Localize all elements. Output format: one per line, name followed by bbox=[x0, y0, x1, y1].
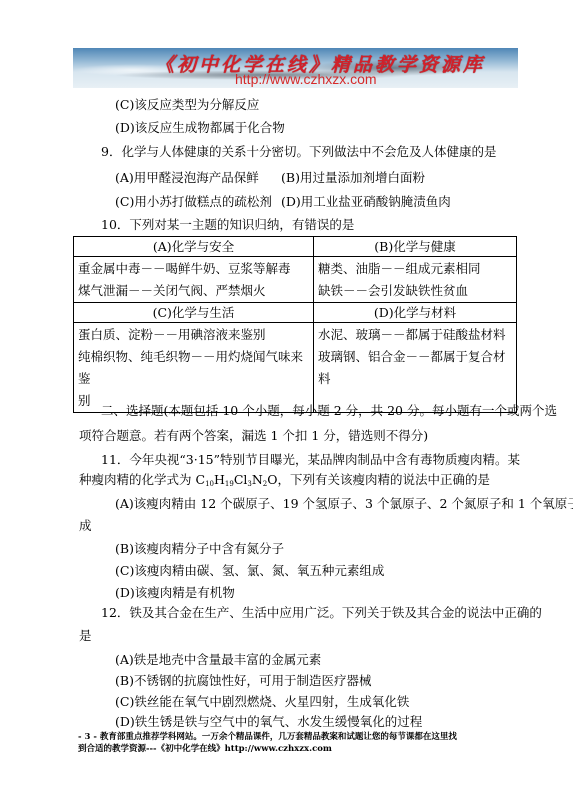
chemical-formula: C10H19Cl3N2O bbox=[195, 472, 277, 487]
q11-option-c: (C)该瘦肉精由碳、氢、氯、氮、氧五种元素组成 bbox=[115, 563, 384, 579]
q11-option-b: (B)该瘦肉精分子中含有氮分子 bbox=[115, 541, 284, 557]
header-banner: 《初中化学在线》精品教学资源库 http://www.czhxzx.com bbox=[73, 48, 518, 88]
q12-stem-line1: 12．铁及其合金在生产、生活中应用广泛。下列关于铁及其合金的说法中正确的 bbox=[101, 605, 542, 621]
q11-stem-text: ，下列有关该瘦肉精的说法中正确的是 bbox=[278, 472, 491, 487]
q11-stem-text: 种瘦肉精的化学式为 bbox=[79, 472, 195, 487]
q9-option-b: (B)用过量添加剂增白面粉 bbox=[281, 170, 425, 186]
table-header-b: (B)化学与健康 bbox=[314, 237, 517, 257]
table-cell-line: 水泥、玻璃－－都属于硅酸盐材料 bbox=[318, 324, 512, 346]
q11-stem-line2: 种瘦肉精的化学式为 C10H19Cl3N2O，下列有关该瘦肉精的说法中正确的是 bbox=[79, 472, 490, 492]
q9-option-c: (C)用小苏打做糕点的疏松剂 bbox=[115, 194, 272, 210]
table-cell-line: 重金属中毒－－喝鲜牛奶、豆浆等解毒 bbox=[78, 258, 309, 280]
footer-line1: - 3 - 教育部重点推荐学科网站。一万余个精品课件，几万套精品教案和试题让您的… bbox=[78, 731, 457, 743]
q12-option-d: (D)铁生锈是铁与空气中的氧气、水发生缓慢氧化的过程 bbox=[115, 714, 422, 730]
table-cell-a: 重金属中毒－－喝鲜牛奶、豆浆等解毒 煤气泄漏－－关闭气阀、严禁烟火 bbox=[74, 257, 314, 303]
table-cell-line: 玻璃钢、铝合金－－都属于复合材料 bbox=[318, 346, 512, 390]
table-cell-line: 纯棉织物、纯毛织物－－用灼烧闻气味来鉴 bbox=[78, 346, 309, 390]
q11-option-a-cont: 成 bbox=[79, 518, 92, 534]
section2-intro-line2: 项符合题意。若有两个答案，漏选 1 个扣 1 分，错选则不得分) bbox=[79, 428, 428, 444]
q12-option-c: (C)铁丝能在氧气中剧烈燃烧、火星四射，生成氧化铁 bbox=[115, 694, 409, 710]
table-cell-line: 蛋白质、淀粉－－用碘溶液来鉴别 bbox=[78, 324, 309, 346]
table-cell-line: 缺铁－－会引发缺铁性贫血 bbox=[318, 280, 512, 302]
q11-option-d: (D)该瘦肉精是有机物 bbox=[115, 585, 235, 601]
section2-intro-line1: 二、选择题(本题包括 10 个小题，每小题 2 分，共 20 分。每小题有一个或… bbox=[101, 403, 557, 419]
q8-option-d: (D)该反应生成物都属于化合物 bbox=[115, 120, 285, 136]
table-header-c: (C)化学与生活 bbox=[74, 303, 314, 323]
banner-url[interactable]: http://www.czhxzx.com bbox=[235, 71, 377, 87]
q11-stem-line1: 11．今年央视“3·15”特别节目曝光，某品牌肉制品中含有毒物质瘦肉精。某 bbox=[101, 452, 520, 468]
table-header-d: (D)化学与材料 bbox=[314, 303, 517, 323]
q10-stem: 10．下列对某一主题的知识归纳，有错误的是 bbox=[101, 217, 354, 233]
table-cell-b: 糖类、油脂－－组成元素相同 缺铁－－会引发缺铁性贫血 bbox=[314, 257, 517, 303]
table-cell-line: 煤气泄漏－－关闭气阀、严禁烟火 bbox=[78, 280, 309, 302]
q12-stem-line2: 是 bbox=[79, 628, 92, 644]
table-cell-line: 糖类、油脂－－组成元素相同 bbox=[318, 258, 512, 280]
table-cell-d: 水泥、玻璃－－都属于硅酸盐材料 玻璃钢、铝合金－－都属于复合材料 bbox=[314, 323, 517, 413]
page-footer: - 3 - 教育部重点推荐学科网站。一万余个精品课件，几万套精品教案和试题让您的… bbox=[78, 731, 457, 755]
footer-line2: 到合适的教学资源---《初中化学在线》http://www.czhxzx.com bbox=[78, 743, 457, 755]
q8-option-c: (C)该反应类型为分解反应 bbox=[115, 97, 259, 113]
q9-stem: 9．化学与人体健康的关系十分密切。下列做法中不会危及人体健康的是 bbox=[101, 144, 496, 160]
knowledge-table: (A)化学与安全 (B)化学与健康 重金属中毒－－喝鲜牛奶、豆浆等解毒 煤气泄漏… bbox=[73, 236, 517, 413]
q9-option-a: (A)用甲醛浸泡海产品保鲜 bbox=[115, 170, 259, 186]
q12-option-a: (A)铁是地壳中含量最丰富的金属元素 bbox=[115, 652, 321, 668]
q9-option-d: (D)用工业盐亚硝酸钠腌渍鱼肉 bbox=[281, 194, 451, 210]
table-cell-c: 蛋白质、淀粉－－用碘溶液来鉴别 纯棉织物、纯毛织物－－用灼烧闻气味来鉴 别 bbox=[74, 323, 314, 413]
q12-option-b: (B)不锈钢的抗腐蚀性好，可用于制造医疗器械 bbox=[115, 673, 371, 689]
table-header-a: (A)化学与安全 bbox=[74, 237, 314, 257]
q11-option-a: (A)该瘦肉精由 12 个碳原子、19 个氢原子、3 个氯原子、2 个氮原子和 … bbox=[115, 496, 573, 512]
